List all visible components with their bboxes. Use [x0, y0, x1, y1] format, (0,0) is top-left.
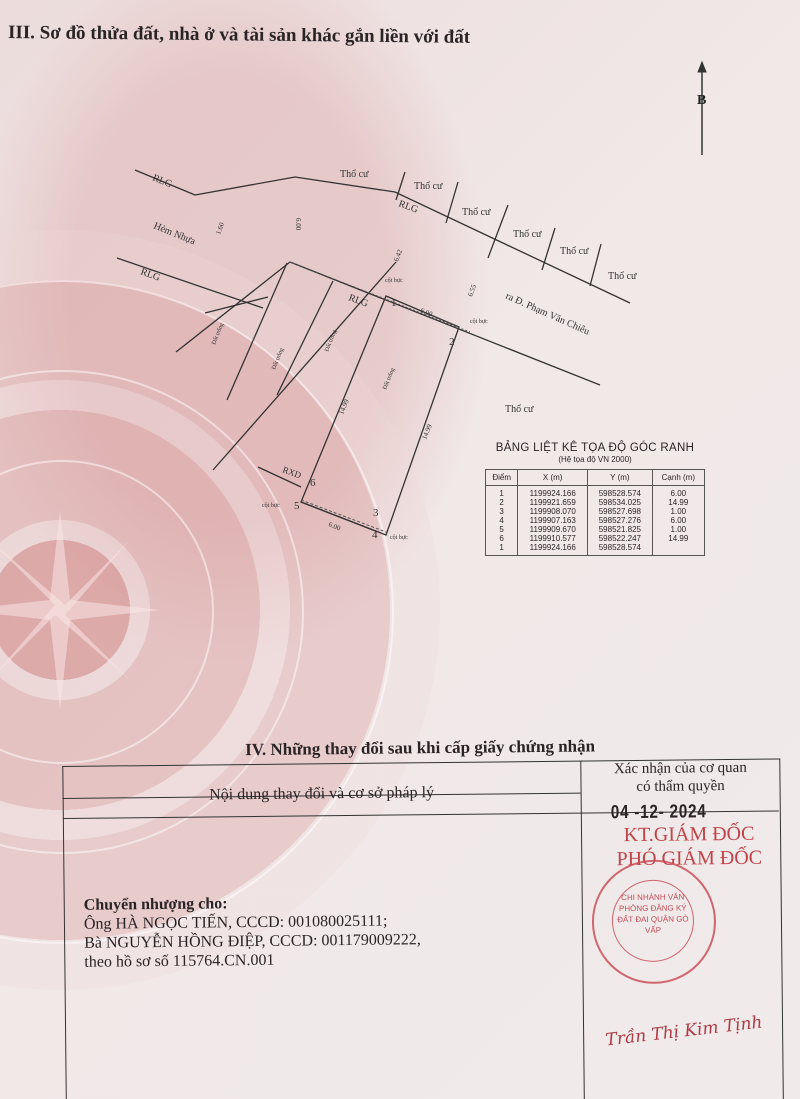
table-header: Cạnh (m)	[652, 470, 704, 486]
table-header: Y (m)	[588, 470, 653, 486]
svg-text:RLG: RLG	[139, 266, 162, 283]
svg-text:RXD: RXD	[281, 464, 303, 480]
svg-text:6: 6	[310, 477, 316, 489]
svg-text:ra Đ. Phạm Văn Chiêu: ra Đ. Phạm Văn Chiêu	[504, 291, 591, 338]
svg-text:cột bực: cột bực	[262, 503, 280, 509]
svg-text:5: 5	[294, 500, 300, 512]
table-row: 51199909.670598521.8251.00	[486, 525, 705, 534]
table-row: 31199908.070598527.6981.00	[486, 507, 705, 516]
dossier-number: theo hồ sơ số 115764.CN.001	[84, 949, 421, 972]
svg-text:3: 3	[373, 507, 379, 519]
confirmation-date: 04 -12- 2024	[611, 801, 707, 824]
coordinate-table-subtitle: (Hệ tọa độ VN 2000)	[485, 455, 705, 464]
svg-text:Thổ cư: Thổ cư	[340, 169, 369, 180]
svg-text:6.55: 6.55	[466, 283, 478, 298]
svg-text:Đất trống: Đất trống	[270, 347, 285, 371]
svg-text:cột bực: cột bực	[470, 319, 488, 325]
official-stamp-icon: CHI NHÁNH VĂN PHÒNG ĐĂNG KÝ ĐẤT ĐAI QUẬN…	[591, 859, 716, 984]
table-row: 41199907.163598527.2766.00	[486, 516, 705, 525]
confirm-column-header: Xác nhận của cơ quan có thẩm quyền	[582, 759, 778, 797]
svg-text:Thổ cư: Thổ cư	[462, 207, 491, 218]
svg-text:6.00: 6.00	[294, 218, 302, 231]
svg-text:Đất trống: Đất trống	[210, 322, 225, 346]
table-row: 11199924.166598528.5746.00	[486, 486, 705, 499]
svg-text:RLG: RLG	[397, 198, 420, 215]
svg-text:RLG: RLG	[151, 173, 174, 191]
north-arrow-icon	[698, 62, 706, 155]
svg-text:1.60: 1.60	[214, 221, 226, 236]
section4-changes: IV. Những thay đổi sau khi cấp giấy chứn…	[62, 730, 784, 1098]
svg-text:1: 1	[391, 297, 397, 309]
svg-text:4: 4	[372, 529, 378, 541]
svg-text:Thổ cư: Thổ cư	[505, 404, 534, 415]
svg-text:14.99: 14.99	[337, 398, 351, 416]
section4-title: IV. Những thay đổi sau khi cấp giấy chứn…	[62, 735, 778, 762]
svg-text:cột bực: cột bực	[385, 278, 403, 284]
table-row: 11199924.166598528.574	[486, 543, 705, 556]
svg-text:Đất trống: Đất trống	[323, 329, 338, 353]
transfer-content: Chuyển nhượng cho: Ông HÀ NGỌC TIẾN, CCC…	[84, 892, 422, 972]
title-pho-giam-doc: PHÓ GIÁM ĐỐC	[589, 846, 789, 871]
svg-text:Thổ cư: Thổ cư	[513, 229, 542, 240]
svg-text:14.99: 14.99	[420, 423, 434, 441]
transfer-heading: Chuyển nhượng cho:	[84, 895, 228, 914]
svg-text:Đất trống: Đất trống	[381, 367, 396, 391]
title-kt-giam-doc: KT.GIÁM ĐỐC	[589, 822, 789, 847]
north-label: B	[697, 93, 706, 108]
table-header: X (m)	[518, 470, 588, 486]
svg-text:cột bực: cột bực	[390, 535, 408, 541]
coordinate-table: ĐiểmX (m)Y (m)Cạnh (m) 11199924.16659852…	[485, 469, 705, 556]
coordinate-table-title: BẢNG LIỆT KÊ TỌA ĐỘ GÓC RANH	[485, 442, 705, 454]
svg-text:2: 2	[449, 336, 455, 348]
svg-text:Thổ cư: Thổ cư	[414, 181, 443, 192]
table-row: 21199921.659598534.02514.99	[486, 498, 705, 507]
svg-text:6.42: 6.42	[392, 248, 404, 263]
svg-text:6.00: 6.00	[327, 520, 342, 532]
stamp-text: CHI NHÁNH VĂN PHÒNG ĐĂNG KÝ ĐẤT ĐAI QUẬN…	[616, 891, 690, 936]
land-plot-diagram: B RLG RLG RLG RLG RXD Hẻm Nhựa Thổ cư Th…	[0, 0, 800, 740]
table-header: Điểm	[486, 470, 518, 486]
svg-text:Thổ cư: Thổ cư	[608, 271, 637, 282]
svg-text:Hẻm Nhựa: Hẻm Nhựa	[152, 221, 197, 248]
svg-text:Thổ cư: Thổ cư	[560, 246, 589, 257]
table-row: 61199910.577598522.24714.99	[486, 534, 705, 543]
buyer-2: Bà NGUYỄN HỒNG ĐIỆP, CCCD: 001179009222,	[84, 930, 421, 953]
coordinate-table-panel: BẢNG LIỆT KÊ TỌA ĐỘ GÓC RANH (Hệ tọa độ …	[485, 442, 705, 556]
